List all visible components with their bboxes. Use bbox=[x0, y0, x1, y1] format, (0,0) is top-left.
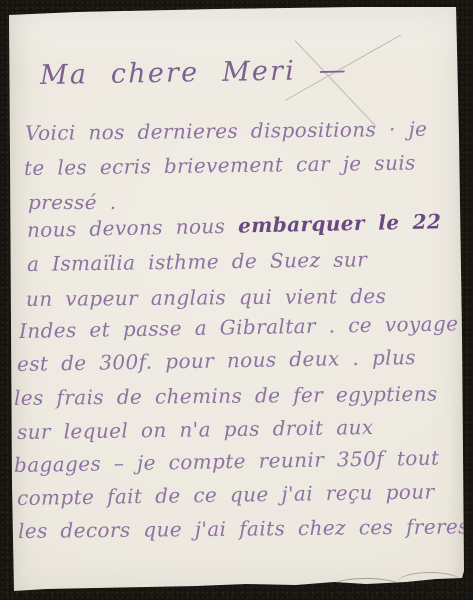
letter-line-text: compte fait de ce que j'ai reçu pour bbox=[17, 479, 435, 510]
letter-line: les decors que j'ai faits chez ces frere… bbox=[18, 514, 469, 543]
letter-line: sur lequel on n'a pas droit aux bbox=[17, 415, 374, 444]
letter-line: est de 300f. pour nous deux . plus bbox=[17, 345, 416, 376]
letter-line-text: les decors que j'ai faits chez ces frere… bbox=[18, 514, 469, 543]
letter-line-text: les frais de chemins de fer egyptiens bbox=[14, 382, 438, 410]
letter-line: Indes et passe a Gibraltar . ce voyage bbox=[19, 311, 459, 343]
letter-line-text: bagages – je compte reunir 350f tout bbox=[14, 446, 440, 477]
paper-crease bbox=[308, 583, 338, 588]
letter-line: les frais de chemins de fer egyptiens bbox=[14, 382, 438, 410]
letter-line: Voici nos dernieres dispositions · je bbox=[25, 117, 428, 145]
letter-line: a Ismaïlia isthme de Suez sur bbox=[27, 247, 367, 276]
letter-line: nous devons nous embarquer le 22 bbox=[27, 209, 442, 242]
letter-line-text: est de 300f. pour nous deux . plus bbox=[17, 345, 416, 376]
letter-salutation: Ma chere Meri — bbox=[40, 59, 348, 88]
letter-line: te les ecris brievement car je suis bbox=[24, 151, 416, 180]
letter-line: compte fait de ce que j'ai reçu pour bbox=[17, 479, 435, 510]
letter-line-text: sur lequel on n'a pas droit aux bbox=[17, 415, 374, 444]
letter-line: un vapeur anglais qui vient des bbox=[26, 284, 386, 311]
letter-line: pressé . bbox=[28, 190, 116, 214]
paper-crease bbox=[330, 578, 402, 587]
photo-background: Ma chere Meri — Voici nos dernieres disp… bbox=[0, 0, 473, 600]
letter-line-text: nous devons nous bbox=[27, 214, 239, 242]
letter-line: bagages – je compte reunir 350f tout bbox=[14, 446, 440, 477]
letter-line-text: Indes et passe a Gibraltar . ce voyage bbox=[19, 311, 459, 343]
letter-line-text: te les ecris brievement car je suis bbox=[24, 151, 416, 180]
letter-line-text-emphasis: embarquer le 22 bbox=[238, 209, 442, 237]
paper-crease bbox=[398, 572, 462, 582]
letter-line-text: pressé . bbox=[28, 190, 116, 214]
letter-line-text: un vapeur anglais qui vient des bbox=[26, 284, 386, 311]
letter-line-text: a Ismaïlia isthme de Suez sur bbox=[27, 247, 367, 276]
letter-line-text: Voici nos dernieres dispositions · je bbox=[25, 117, 428, 145]
letter-paper: Ma chere Meri — Voici nos dernieres disp… bbox=[8, 6, 468, 594]
